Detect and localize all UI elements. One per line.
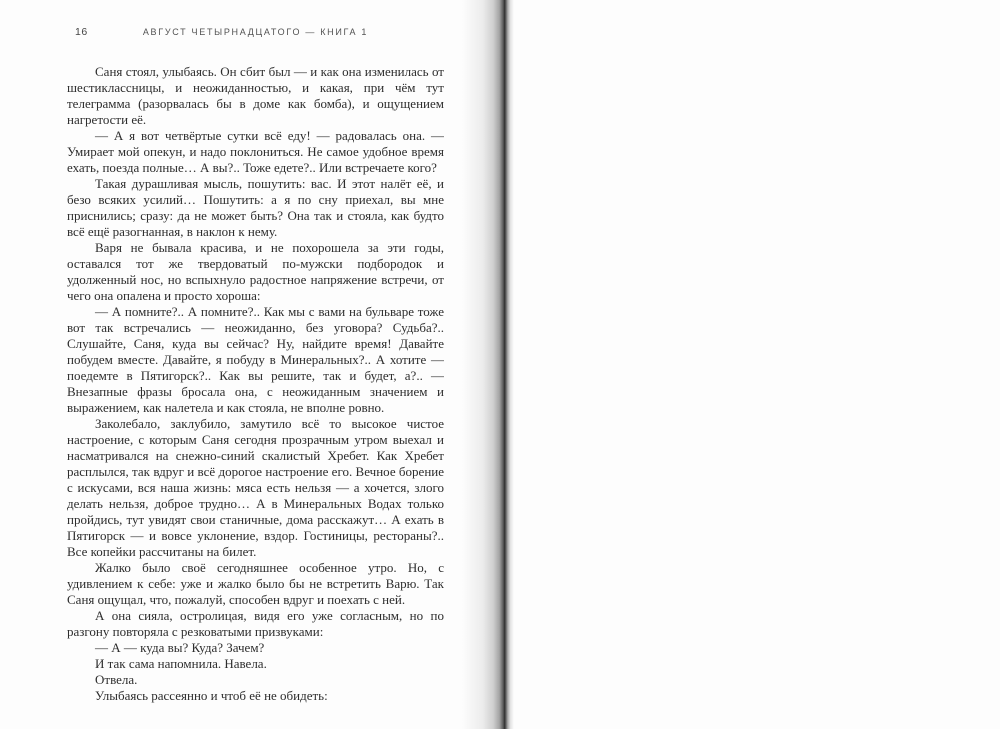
paragraph: Улыбаясь рассеянно и чтоб её не обидеть: [67, 688, 444, 704]
text-section: Саня стоял, улыбаясь. Он сбит был — и ка… [67, 64, 444, 704]
page-left: 16 АВГУСТ ЧЕТЫРНАДЦАТОГО — КНИГА 1 Саня … [0, 0, 462, 729]
paragraph: Отвела. [67, 672, 444, 688]
paragraph: Варя не бывала красива, и не похорошела … [67, 240, 444, 304]
paragraph: Саня стоял, улыбаясь. Он сбит был — и ка… [67, 64, 444, 128]
paragraph: Такая дурашливая мысль, пошутить: вас. И… [67, 176, 444, 240]
paragraph: — А помните?.. А помните?.. Как мы с вам… [67, 304, 444, 416]
paragraph: Заколебало, заклубило, замутило всё то в… [67, 416, 444, 560]
paragraph: И так сама напомнила. Навела. [67, 656, 444, 672]
paragraph: А она сияла, остролицая, видя его уже со… [67, 608, 444, 640]
paragraph: — А — куда вы? Куда? Зачем? [67, 640, 444, 656]
book-spread: 16 АВГУСТ ЧЕТЫРНАДЦАТОГО — КНИГА 1 Саня … [0, 0, 1000, 729]
book-spine-shadow [462, 0, 514, 729]
running-title-left: АВГУСТ ЧЕТЫРНАДЦАТОГО — КНИГА 1 [67, 27, 444, 38]
paragraph: — А я вот четвёртые сутки всё еду! — рад… [67, 128, 444, 176]
body-text-left: Саня стоял, улыбаясь. Он сбит был — и ка… [67, 64, 444, 709]
page-right: ГЛАВА 1 17 — Я… В Москву. — Он смотрел в… [514, 0, 1000, 729]
paragraph: Жалко было своё сегодняшнее особенное ут… [67, 560, 444, 608]
